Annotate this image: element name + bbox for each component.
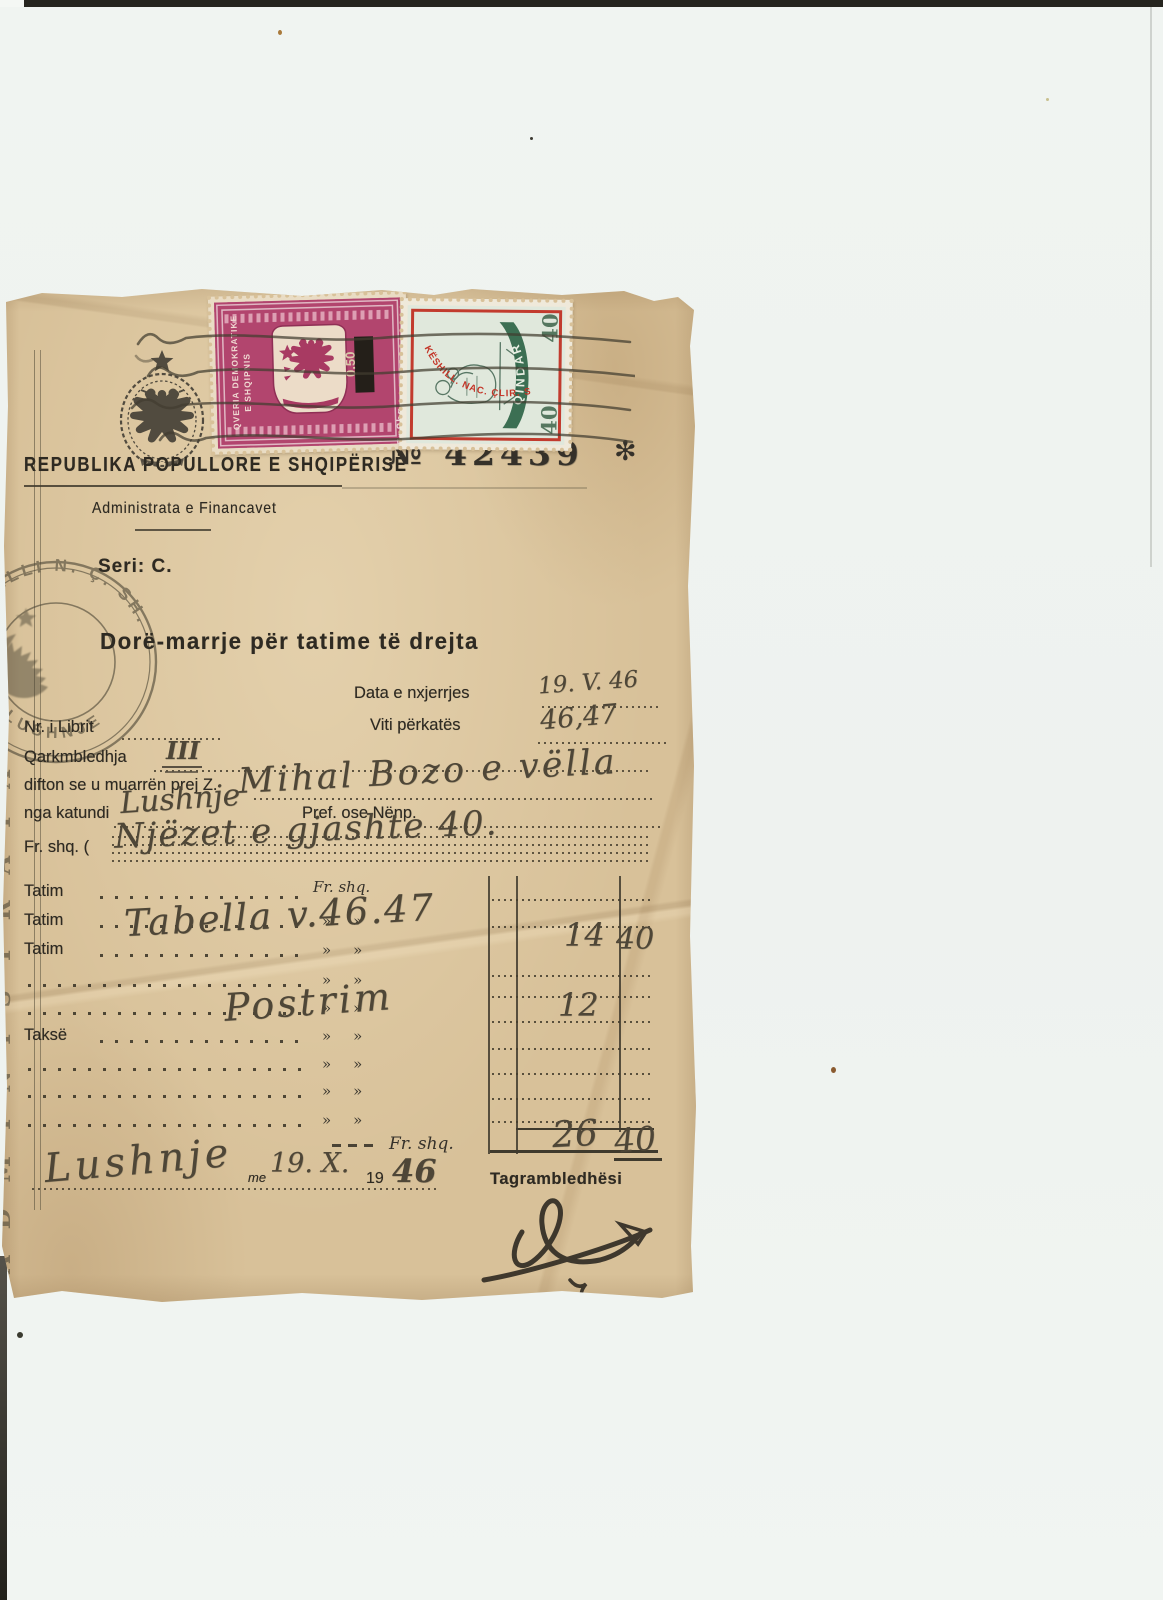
grid-dotline xyxy=(492,1098,650,1100)
paper-speck xyxy=(278,30,282,35)
table-row-leader xyxy=(28,1124,310,1127)
paper-speck xyxy=(17,1332,23,1338)
district-underline xyxy=(162,766,202,768)
received-from-leader xyxy=(254,798,654,800)
paper-speck xyxy=(831,1067,836,1073)
date-issued-label: Data e nxjerrjes xyxy=(354,684,470,703)
postage-stamp-value-right: 40 xyxy=(537,313,562,342)
table-row-label: Tatim xyxy=(24,882,63,901)
grid-vline xyxy=(488,876,490,1154)
grid-dotline xyxy=(492,899,650,901)
amount-words-label: Fr. shq. ( xyxy=(24,838,89,857)
total-dashes xyxy=(332,1144,380,1147)
collector-signature xyxy=(470,1184,665,1302)
scan-edge-strip xyxy=(0,1256,7,1600)
grid-vline xyxy=(516,876,518,1154)
document-title: Dorë-marrje për tatime të drejta xyxy=(100,628,479,655)
total-label: Fr. shq. xyxy=(389,1134,454,1154)
total-amount-fr: 26 xyxy=(551,1113,599,1156)
table-row-quotes: »» xyxy=(322,1027,384,1045)
header-underline xyxy=(24,485,342,487)
fiscal-year-value: 46,47 xyxy=(539,699,619,737)
date-issued-value: 19. V. 46 xyxy=(537,667,639,700)
subheader-underline xyxy=(135,529,211,531)
grid-vline xyxy=(619,876,621,1132)
table-row-label: Taksë xyxy=(24,1026,67,1045)
revenue-stamp-value-box: 0.50 xyxy=(354,336,375,393)
round-ink-stamp: KËSHILLI N. Ç. SH. LUSHNJE xyxy=(2,546,172,778)
revenue-stamp-eagle-icon xyxy=(273,325,347,413)
place-value: Lushnje xyxy=(42,1130,234,1192)
administration-subheader: Administrata e Financavet xyxy=(92,500,277,518)
table-row-quotes: »» xyxy=(322,1082,384,1100)
revenue-stamp-value: 0.50 xyxy=(343,351,359,377)
republic-header: REPUBLIKA POPULLORE E SHQIPËRISË xyxy=(24,454,408,477)
tax-amount-ct: 40 xyxy=(616,922,654,957)
scanner-top-bar xyxy=(24,0,1163,7)
table-row-quotes: »» xyxy=(322,941,384,959)
revenue-stamp-shield xyxy=(273,325,347,413)
total-amount-ct: 40 xyxy=(612,1118,657,1161)
scanner-top-bar-gap xyxy=(0,0,24,7)
series-label: Seri: C. xyxy=(98,556,173,578)
table-row-leader xyxy=(100,1040,310,1043)
grid-dotline xyxy=(492,1073,650,1075)
fiscal-year-label: Viti përkatës xyxy=(370,716,461,735)
postage-stamp-inner: QINDAR 40 40 KËSHILL. NAC. ÇLIR. SHQIPET… xyxy=(406,305,565,445)
grid-dotline xyxy=(492,975,650,977)
district-value: III xyxy=(166,736,200,765)
day-month-value: 19. X. xyxy=(270,1148,349,1179)
postage-stamp: QINDAR 40 40 KËSHILL. NAC. ÇLIR. SHQIPET… xyxy=(399,298,573,451)
fee-entry-hand: Postrim xyxy=(223,974,395,1030)
district-underline2 xyxy=(165,771,198,773)
fee-amount-fr: 12 xyxy=(558,986,599,1024)
postage-stamp-design: QINDAR 40 40 KËSHILL. NAC. ÇLIR. SHQIPET… xyxy=(406,305,565,445)
scanned-receipt-page: ADMINISTRATA REPUBLIKA POPULLORE E SHQIP… xyxy=(0,0,1163,1600)
paper-speck xyxy=(530,137,533,140)
serial-star-icon: ✻ xyxy=(614,436,637,467)
table-row-quotes: »» xyxy=(322,1055,384,1073)
amount-words-band4 xyxy=(112,860,652,862)
round-stamp-eagle-icon xyxy=(2,608,48,698)
postage-stamp-value-left: 40 xyxy=(536,405,561,434)
village-label: nga katundi xyxy=(24,804,109,823)
torn-edge-text-fragments: ADMINISTRATA xyxy=(2,699,17,1274)
district-label: Qarkmbledhja xyxy=(24,748,127,767)
stamp-frieze-bottom xyxy=(227,423,393,437)
payer-name-value: Mihal Bozo e vëlla xyxy=(237,742,618,802)
table-row-leader xyxy=(100,954,310,957)
year-printed: 19 xyxy=(366,1170,384,1188)
table-row-leader xyxy=(28,1068,310,1071)
postage-stamp-rotated-design: QINDAR 40 40 KËSHILL. NAC. ÇLIR. SHQIPET… xyxy=(406,305,565,445)
stamp-frieze-top xyxy=(224,310,390,324)
tax-amount-fr: 14 xyxy=(564,916,605,954)
table-row-quotes: »» xyxy=(322,1111,384,1129)
book-number-label: Nr. i Librit xyxy=(24,718,94,737)
me-label: me xyxy=(248,1170,266,1185)
table-row-leader xyxy=(28,1095,310,1098)
footer-leader xyxy=(32,1188,436,1190)
table-row-label: Tatim xyxy=(24,940,63,959)
revenue-stamp-country-line1: QVERIA DEMOKRATIKE xyxy=(228,315,241,431)
scan-edge-line xyxy=(1150,7,1152,567)
table-row-label: Tatim xyxy=(24,911,63,930)
revenue-stamp-country-line2: E SHQIPNIS xyxy=(241,353,253,412)
grid-dotline xyxy=(492,1048,650,1050)
tax-entry-hand: Tabella v.46.47 xyxy=(123,886,436,945)
receipt-paper: ADMINISTRATA REPUBLIKA POPULLORE E SHQIP… xyxy=(2,286,696,1310)
year-value: 46 xyxy=(392,1152,437,1190)
revenue-stamp: QVERIA DEMOKRATIKE E SHQIPNIS 0. xyxy=(208,291,410,454)
revenue-stamp-body: QVERIA DEMOKRATIKE E SHQIPNIS 0. xyxy=(214,297,404,448)
paper-speck xyxy=(1046,98,1049,101)
header-underline-faint xyxy=(342,487,587,489)
